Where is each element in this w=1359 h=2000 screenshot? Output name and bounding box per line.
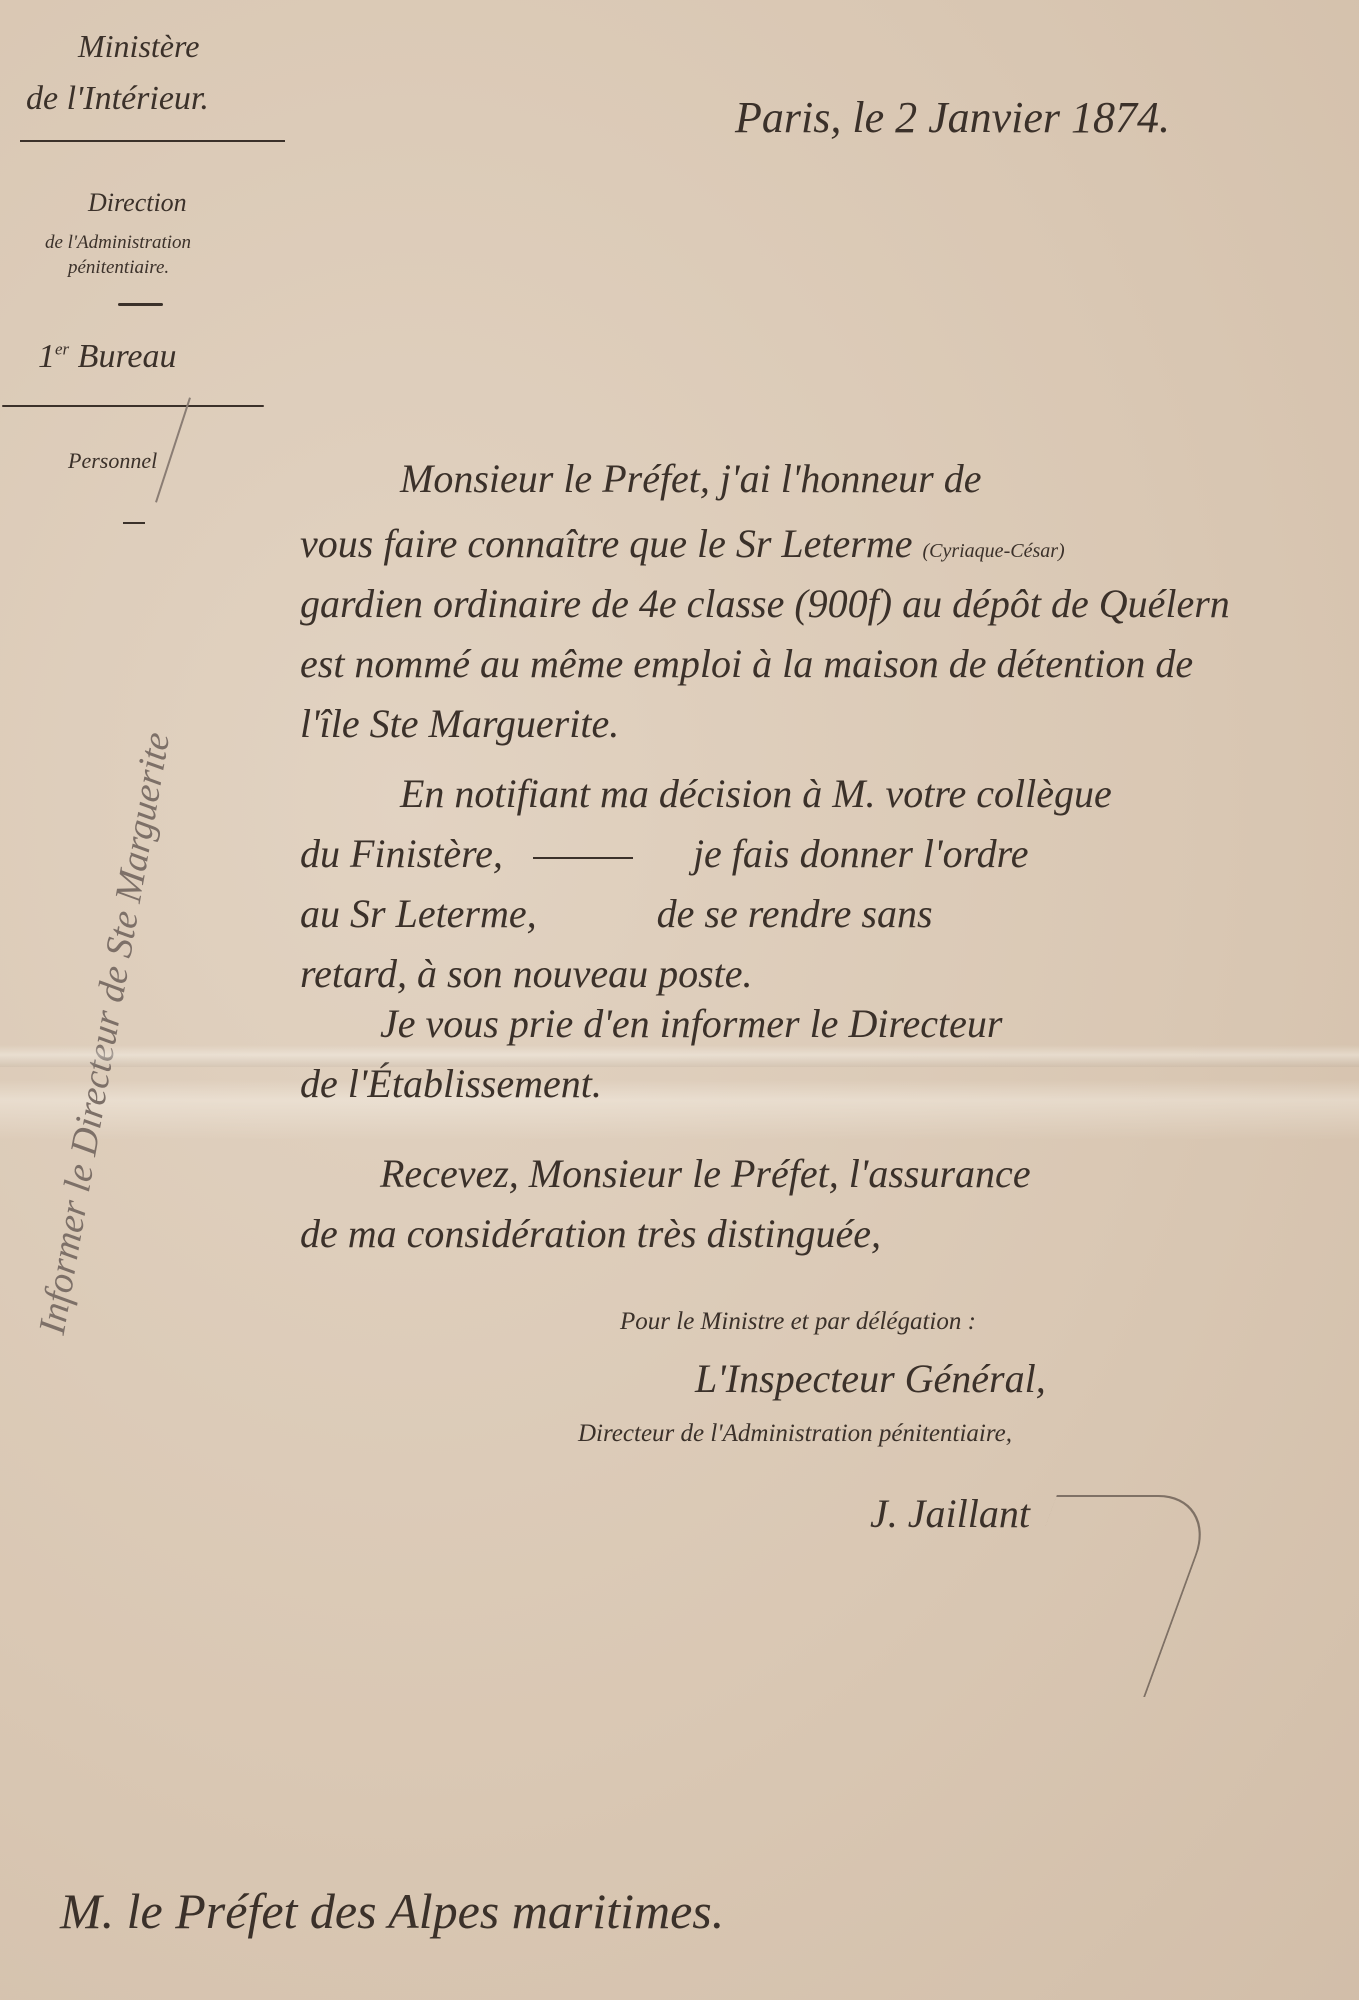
body-line: gardien ordinaire de 4e classe (900f) au…: [300, 580, 1230, 627]
body-line: du Finistère,je fais donner l'ordre: [300, 830, 1029, 877]
given-names: (Cyriaque-César): [922, 540, 1064, 562]
bureau-number: 1: [38, 338, 55, 375]
letterhead-administration: de l'Administration: [45, 232, 191, 254]
body-line: Monsieur le Préfet, j'ai l'honneur de: [400, 455, 981, 502]
body-line: Je vous prie d'en informer le Directeur: [380, 1000, 1002, 1047]
ornament-dash-icon: [118, 303, 163, 306]
addressee: M. le Préfet des Alpes maritimes.: [60, 1882, 724, 1940]
letter-date: Paris, le 2 Janvier 1874.: [735, 92, 1170, 143]
letterhead-direction: Direction: [88, 188, 187, 218]
body-text: je fais donner l'ordre: [693, 831, 1029, 876]
letterhead-penitentiary: pénitentiaire.: [68, 257, 169, 279]
section-dash: [123, 522, 145, 524]
filler-rule: [533, 857, 633, 859]
paper-fold: [0, 1045, 1359, 1067]
closing-line: Recevez, Monsieur le Préfet, l'assurance: [380, 1150, 1031, 1197]
body-text: du Finistère,: [300, 831, 503, 876]
signature-delegation: Pour le Ministre et par délégation :: [620, 1308, 976, 1336]
body-line: l'île Ste Marguerite.: [300, 700, 619, 747]
letterhead-divider: [20, 140, 285, 142]
body-line: vous faire connaître que le Sr Leterme (…: [300, 520, 1065, 567]
signature-function: Directeur de l'Administration pénitentia…: [578, 1420, 1012, 1448]
signature-name: J. Jaillant: [870, 1490, 1030, 1537]
body-line: de l'Établissement.: [300, 1060, 602, 1107]
body-line: au Sr Leterme,de se rendre sans: [300, 890, 933, 937]
body-line: En notifiant ma décision à M. votre coll…: [400, 770, 1112, 817]
bureau-suffix: er: [55, 340, 69, 359]
bureau-label: Bureau: [78, 338, 177, 375]
signature-title: L'Inspecteur Général,: [695, 1355, 1046, 1402]
body-line: retard, à son nouveau poste.: [300, 950, 753, 997]
margin-note: Informer le Directeur de Ste Marguerite: [30, 729, 179, 1338]
body-text: au Sr Leterme,: [300, 891, 537, 936]
letterhead-divider-2: [2, 405, 264, 407]
body-text: de se rendre sans: [657, 891, 933, 936]
letterhead-section: Personnel: [68, 448, 157, 474]
closing-line: de ma considération très distinguée,: [300, 1210, 881, 1257]
body-text: vous faire connaître que le Sr Leterme: [300, 521, 912, 566]
letterhead-ministry: Ministère: [78, 28, 199, 65]
letterhead-bureau: 1er Bureau: [38, 338, 177, 376]
pencil-mark: [155, 397, 191, 502]
letterhead-ministry-interior: de l'Intérieur.: [26, 80, 209, 118]
body-line: est nommé au même emploi à la maison de …: [300, 640, 1193, 687]
